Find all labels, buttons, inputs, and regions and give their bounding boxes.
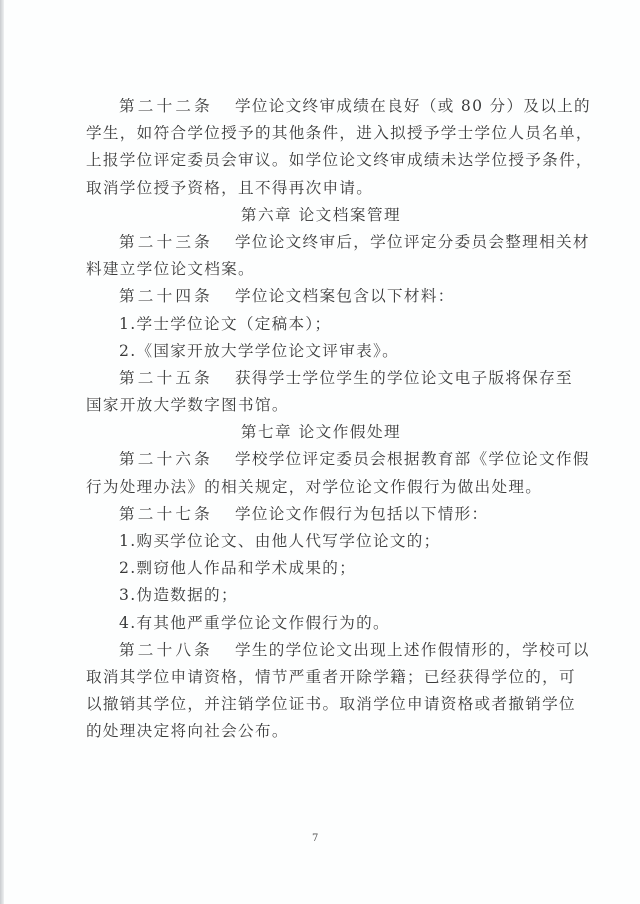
article-25-line-1: 第二十五条获得学士学位学生的学位论文电子版将保存至 xyxy=(86,365,556,392)
article-28-line-2: 取消其学位申请资格，情节严重者开除学籍；已经获得学位的，可 xyxy=(86,664,556,691)
article-23-line-1: 第二十三条学位论文终审后，学位评定分委员会整理相关材 xyxy=(86,229,556,256)
article-22-line-2: 学生，如符合学位授予的其他条件，进入拟授予学士学位人员名单， xyxy=(86,120,556,147)
article-22-line-3: 上报学位评定委员会审议。如学位论文终审成绩未达学位授予条件， xyxy=(86,147,556,174)
article-number: 第二十五条 xyxy=(119,369,213,387)
chapter-7-heading: 第七章 论文作假处理 xyxy=(86,419,556,446)
article-28-line-3: 以撤销其学位，并注销学位证书。取消学位申请资格或者撤销学位 xyxy=(86,691,556,718)
list-item: 2.《国家开放大学学位论文评审表》。 xyxy=(86,338,556,365)
article-22-line-1: 第二十二条学位论文终审成绩在良好（或 80 分）及以上的 xyxy=(86,93,556,120)
list-item: 2.剽窃他人作品和学术成果的； xyxy=(86,555,556,582)
article-number: 第二十四条 xyxy=(119,287,213,305)
article-26-line-2: 行为处理办法》的相关规定，对学位论文作假行为做出处理。 xyxy=(86,474,556,501)
article-25-line-2: 国家开放大学数字图书馆。 xyxy=(86,392,556,419)
article-number: 第二十八条 xyxy=(119,641,213,659)
page-number: 7 xyxy=(312,833,318,844)
article-28-line-4: 的处理决定将向社会公布。 xyxy=(86,718,556,745)
article-number: 第二十六条 xyxy=(119,450,213,468)
article-22-line-4: 取消学位授予资格，且不得再次申请。 xyxy=(86,175,556,202)
article-28-line-1: 第二十八条学生的学位论文出现上述作假情形的，学校可以 xyxy=(86,637,556,664)
article-number: 第二十七条 xyxy=(119,505,213,523)
article-number: 第二十三条 xyxy=(119,233,213,251)
article-27-line-1: 第二十七条学位论文作假行为包括以下情形： xyxy=(86,501,556,528)
document-page: 第二十二条学位论文终审成绩在良好（或 80 分）及以上的 学生，如符合学位授予的… xyxy=(86,93,556,746)
article-number: 第二十二条 xyxy=(119,97,213,115)
list-item: 4.有其他严重学位论文作假行为的。 xyxy=(86,610,556,637)
article-26-line-1: 第二十六条学校学位评定委员会根据教育部《学位论文作假 xyxy=(86,446,556,473)
list-item: 3.伪造数据的； xyxy=(86,582,556,609)
scan-edge xyxy=(0,0,4,904)
list-item: 1.学士学位论文（定稿本）； xyxy=(86,311,556,338)
article-24-line-1: 第二十四条学位论文档案包含以下材料： xyxy=(86,283,556,310)
list-item: 1.购买学位论文、由他人代写学位论文的； xyxy=(86,528,556,555)
chapter-6-heading: 第六章 论文档案管理 xyxy=(86,202,556,229)
article-23-line-2: 料建立学位论文档案。 xyxy=(86,256,556,283)
